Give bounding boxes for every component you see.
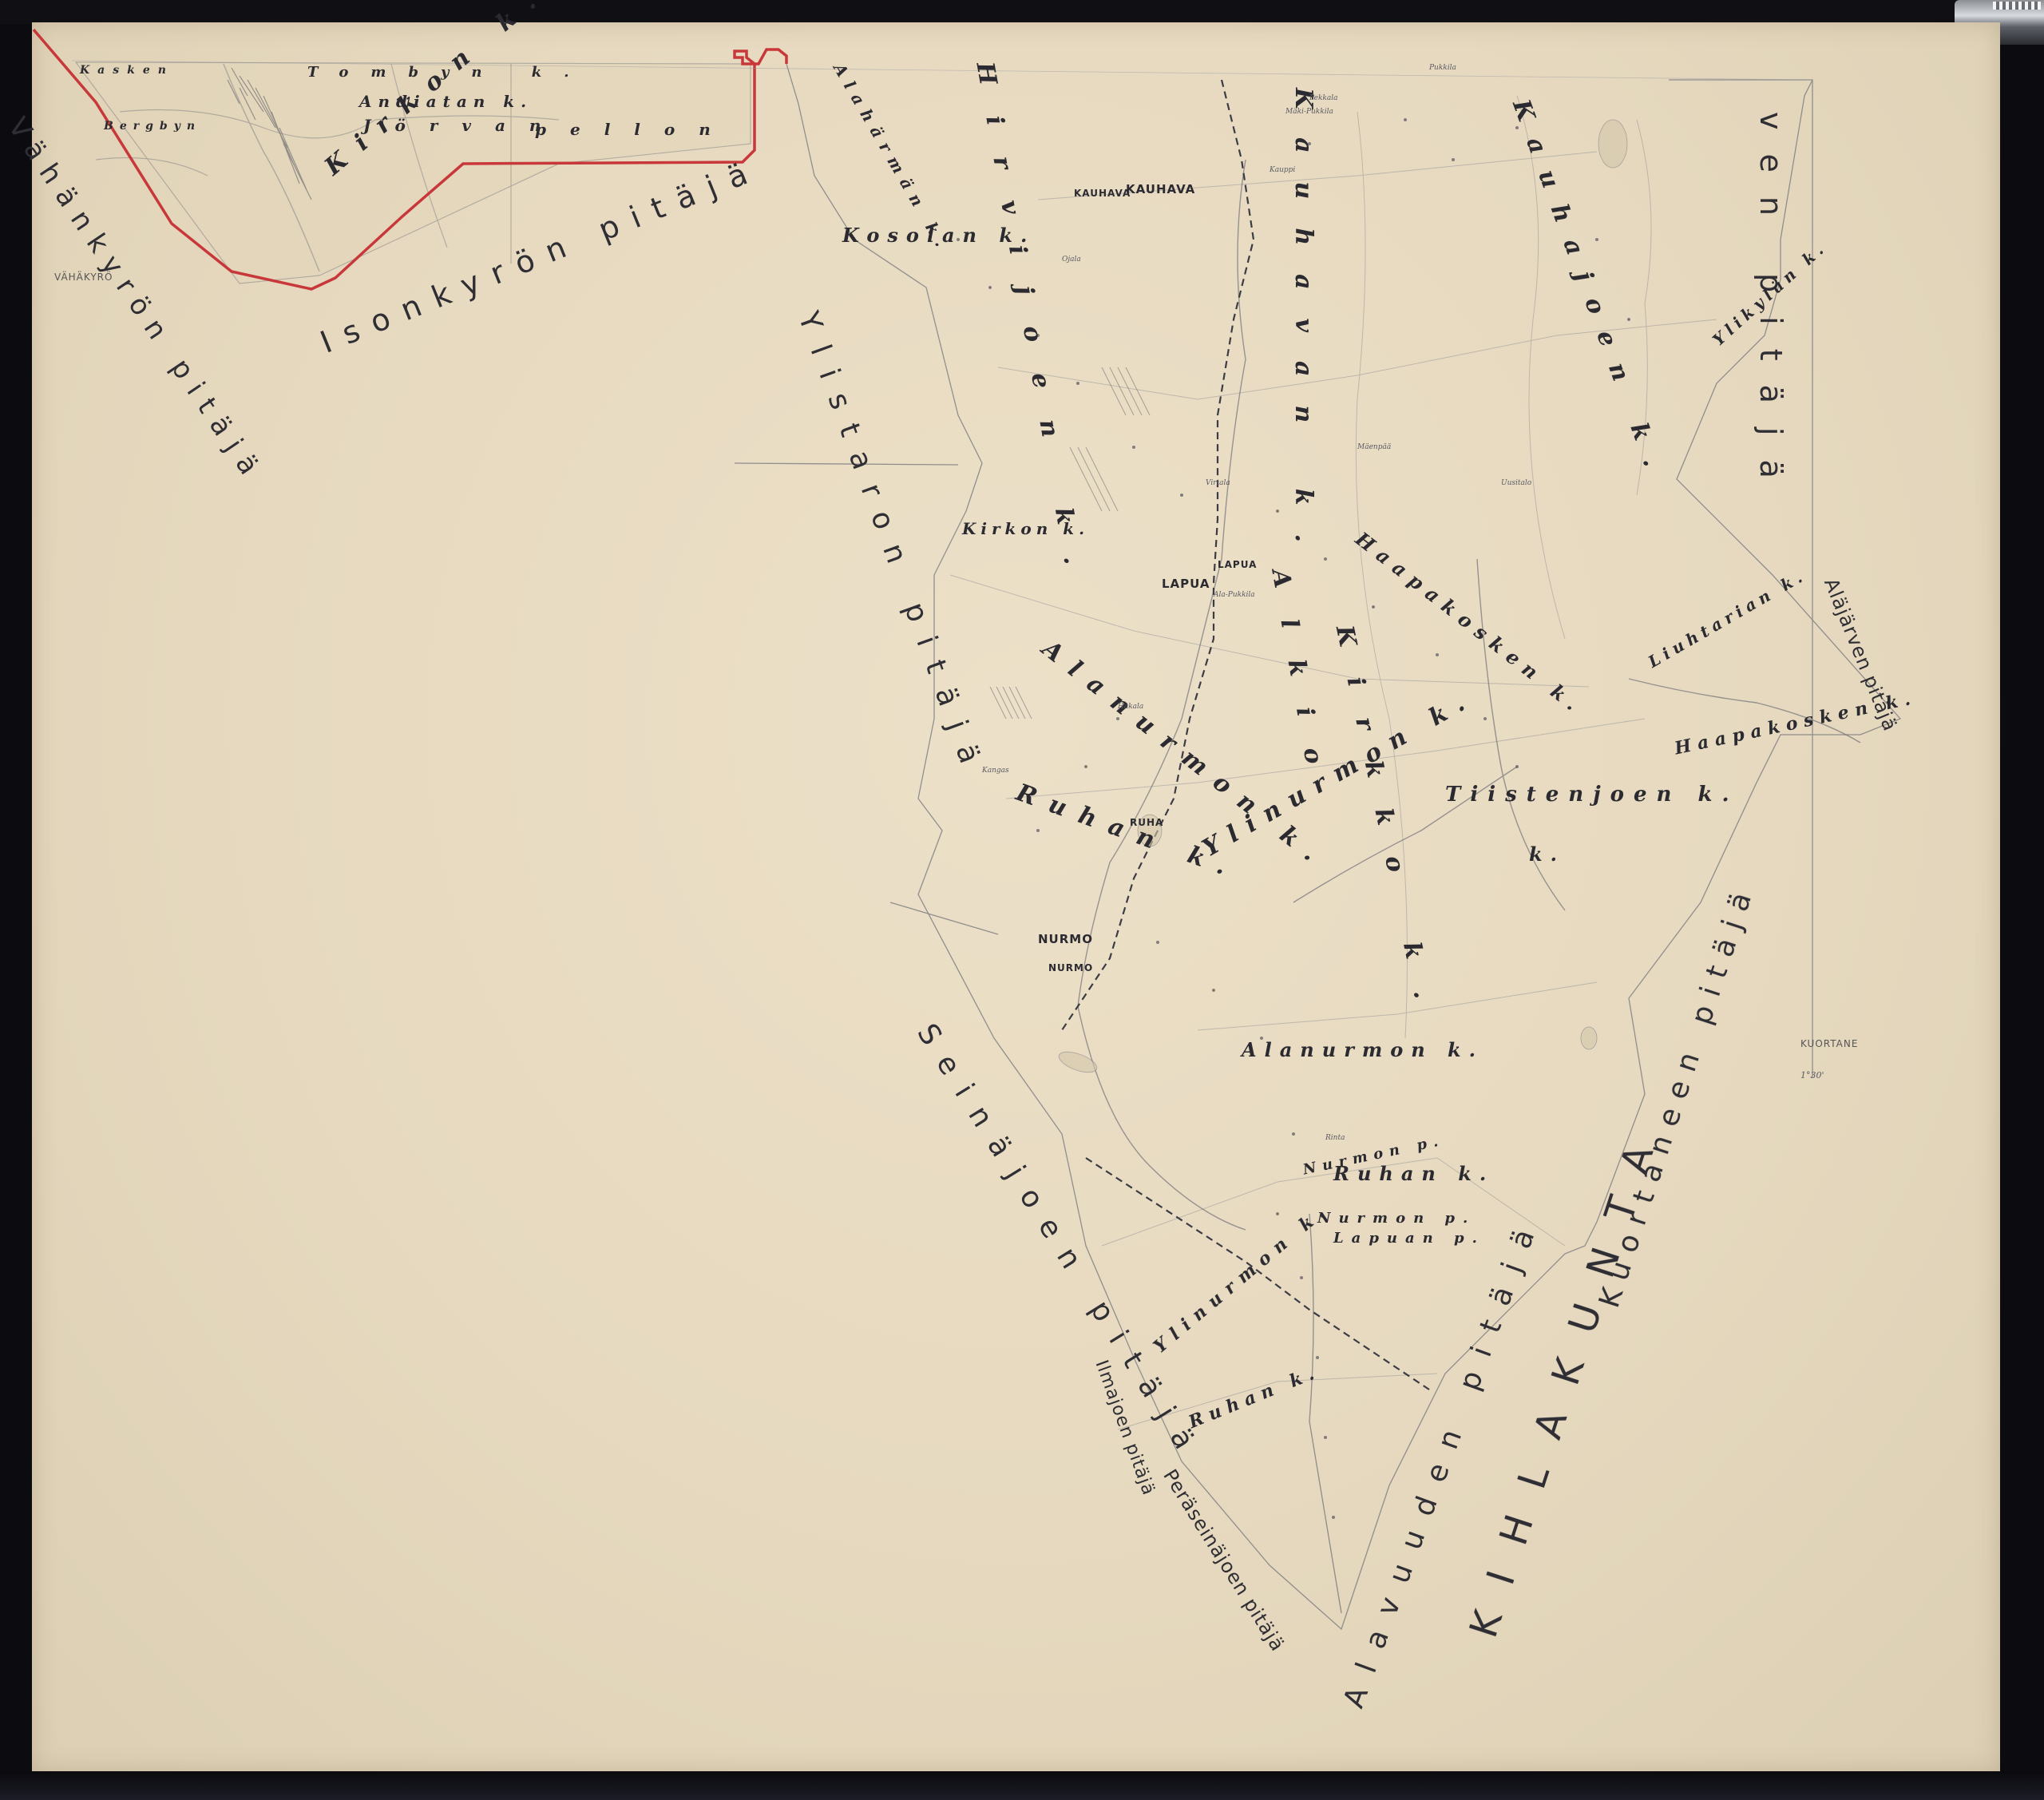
- town-label-kauhava-2: KAUHAVA: [1126, 182, 1195, 196]
- village-label-nurmon-p-2: Nurmon p.: [1317, 1210, 1476, 1227]
- farm-label: Ala-Pukkila: [1214, 591, 1255, 599]
- town-label-kauhava: KAUHAVA: [1074, 188, 1131, 199]
- village-label-alanurmon-2: Alanurmon k.: [1242, 1038, 1483, 1061]
- corner-note: 1°30': [1800, 1070, 1824, 1080]
- village-label-pellon: pellon: [535, 120, 735, 139]
- village-label-bergbyn: Bergbyn: [104, 120, 201, 133]
- village-label-lapuan-p: Lapuan p.: [1333, 1230, 1485, 1247]
- town-label-lapua: LAPUA: [1218, 559, 1257, 570]
- farm-label: Hakala: [1118, 703, 1143, 711]
- farm-label: Kangas: [982, 767, 1009, 775]
- farm-label: Pukkila: [1429, 64, 1456, 72]
- town-label-lapua-2: LAPUA: [1162, 577, 1210, 591]
- farm-label: Uusitalo: [1501, 479, 1531, 487]
- farm-label: Mäenpää: [1357, 443, 1391, 451]
- farm-label: Kauppi: [1270, 166, 1295, 174]
- village-label-tiistenjoen-k: k.: [1529, 843, 1565, 866]
- farm-label: Mäki-Pukkila: [1285, 108, 1333, 116]
- farm-label: Pekkala: [1309, 94, 1338, 102]
- village-label-tiistenjoen: Tiistenjoen k.: [1445, 783, 1739, 807]
- town-label-vahakyro: VÄHÄKYRÖ: [54, 272, 113, 283]
- farm-label: Rinta: [1325, 1134, 1345, 1142]
- farm-label: Virtala: [1206, 479, 1230, 487]
- village-label-kauhavan: Kauhavan k.: [1289, 88, 1317, 571]
- town-label-nurmo: NURMO: [1038, 932, 1093, 946]
- lake-shapes: [1056, 120, 1627, 1076]
- farm-label: Ojala: [1062, 256, 1081, 264]
- town-label-kuortane: KUORTANE: [1800, 1038, 1858, 1049]
- village-label-kasken: Kasken: [80, 64, 174, 77]
- town-label-nurmo-2: NURMO: [1048, 962, 1093, 973]
